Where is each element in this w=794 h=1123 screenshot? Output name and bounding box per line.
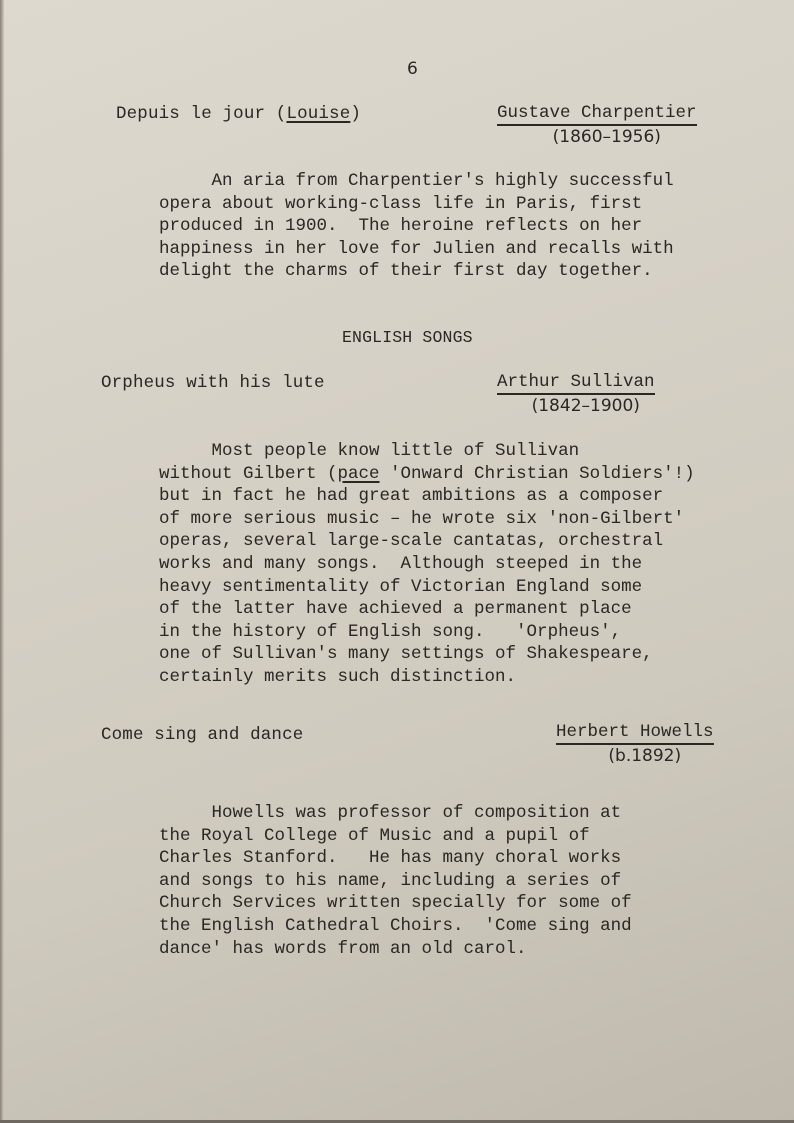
piece-title: Depuis le jour (Louise) [116, 103, 361, 126]
composer-name: Herbert Howells [556, 722, 714, 745]
description-line: An aria from Charpentier's highly succes… [159, 170, 674, 193]
piece-description: An aria from Charpentier's highly succes… [159, 170, 674, 283]
description-line: dance' has words from an old carol. [159, 938, 632, 961]
description-line: Charles Stanford. He has many choral wor… [159, 847, 632, 870]
description-line: heavy sentimentality of Victorian Englan… [159, 576, 695, 599]
piece-title-prefix: Depuis le jour ( [116, 104, 286, 124]
description-line: Howells was professor of composition at [159, 802, 632, 825]
composer-dates: (1842–1900) [497, 395, 655, 417]
section-heading: ENGLISH SONGS [342, 327, 473, 350]
description-line: Church Services written specially for so… [159, 892, 632, 915]
description-line: without Gilbert (pace 'Onward Christian … [159, 463, 695, 486]
emphasized-word: pace [338, 464, 380, 484]
composer-dates: (b.1892) [556, 745, 714, 767]
description-line: but in fact he had great ambitions as a … [159, 485, 695, 508]
description-line: in the history of English song. 'Orpheus… [159, 621, 695, 644]
composer-dates: (1860–1956) [497, 126, 697, 148]
opera-title: Louise [286, 104, 350, 124]
description-line: opera about working-class life in Paris,… [159, 193, 674, 216]
description-line: works and many songs. Although steeped i… [159, 553, 695, 576]
description-line: of more serious music – he wrote six 'no… [159, 508, 695, 531]
page-number: 6 [407, 58, 418, 81]
description-line: and songs to his name, including a serie… [159, 870, 632, 893]
composer-name: Arthur Sullivan [497, 372, 655, 395]
piece-title: Orpheus with his lute [101, 372, 325, 395]
description-line: the Royal College of Music and a pupil o… [159, 825, 632, 848]
description-line: produced in 1900. The heroine reflects o… [159, 215, 674, 238]
document-page: 6 Depuis le jour (Louise) Gustave Charpe… [0, 0, 794, 1123]
description-line: of the latter have achieved a permanent … [159, 598, 695, 621]
composer-block: Herbert Howells (b.1892) [556, 722, 714, 767]
composer-block: Gustave Charpentier (1860–1956) [497, 103, 697, 148]
description-line: delight the charms of their first day to… [159, 260, 674, 283]
description-line: the English Cathedral Choirs. 'Come sing… [159, 915, 632, 938]
page-edge [0, 0, 4, 1123]
description-text: without Gilbert ( [159, 464, 338, 484]
piece-title-suffix: ) [350, 104, 361, 124]
description-line: Most people know little of Sullivan [159, 440, 695, 463]
description-line: operas, several large-scale cantatas, or… [159, 530, 695, 553]
piece-title: Come sing and dance [101, 724, 303, 747]
piece-description: Howells was professor of composition at … [159, 802, 632, 960]
description-text: 'Onward Christian Soldiers'!) [380, 464, 695, 484]
description-line: one of Sullivan's many settings of Shake… [159, 643, 695, 666]
piece-description: Most people know little of Sullivan with… [159, 440, 695, 689]
composer-block: Arthur Sullivan (1842–1900) [497, 372, 655, 417]
description-line: certainly merits such distinction. [159, 666, 695, 689]
description-line: happiness in her love for Julien and rec… [159, 238, 674, 261]
composer-name: Gustave Charpentier [497, 103, 697, 126]
